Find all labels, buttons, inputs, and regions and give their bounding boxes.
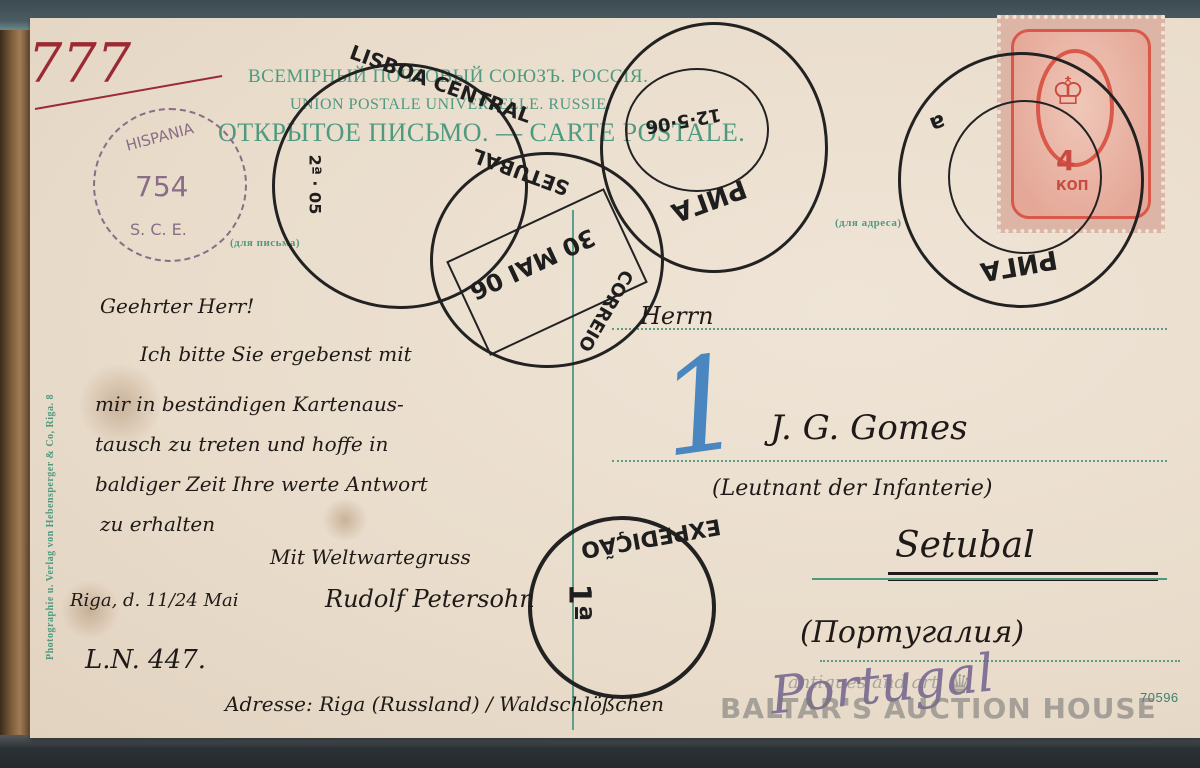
expedicao-center: 1ª	[561, 584, 596, 622]
registry-mark: 777	[28, 32, 131, 95]
watermark: BALTAR'S AUCTION HOUSE	[720, 692, 1157, 725]
hispania-bottom-text: S. C. E.	[130, 220, 187, 239]
address-salutation: Herrn	[640, 302, 714, 330]
message-line: mir in beständigen Kartenaus-	[95, 392, 404, 416]
message-place-date: Riga, d. 11/24 Mai	[70, 590, 239, 611]
message-ref-number: L.N. 447.	[85, 645, 206, 675]
background-fabric-bottom	[0, 735, 1200, 768]
message-greeting: Geehrter Herr!	[100, 294, 254, 318]
watermark-subtitle: antiques and art	[788, 672, 938, 693]
message-line: zu erhalten	[100, 512, 215, 536]
riga-inner-ring	[948, 100, 1102, 254]
address-title: (Leutnant der Infanterie)	[712, 476, 992, 501]
address-city: Setubal	[895, 525, 1035, 566]
address-name: J. G. Gomes	[770, 408, 968, 448]
message-signature: Rudolf Petersohn	[325, 585, 535, 613]
stain	[320, 500, 370, 540]
message-closing: Mit Weltwartegruss	[270, 545, 471, 569]
message-line: baldiger Zeit Ihre werte Antwort	[95, 472, 428, 496]
city-underline	[888, 572, 1158, 575]
message-line: Ich bitte Sie ergebenst mit	[140, 342, 412, 366]
city-underline	[888, 580, 1158, 581]
hispania-number: 754	[135, 170, 188, 203]
message-line: tausch zu treten und hoffe in	[95, 432, 388, 456]
publisher-imprint: Photographie u. Verlag von Hebensperger …	[45, 394, 56, 660]
message-return-address: Adresse: Riga (Russland) / Waldschlößche…	[225, 692, 664, 716]
hint-address-area: (для адреса)	[835, 217, 901, 229]
lisbon-detail: 2ª · 05	[305, 155, 324, 215]
